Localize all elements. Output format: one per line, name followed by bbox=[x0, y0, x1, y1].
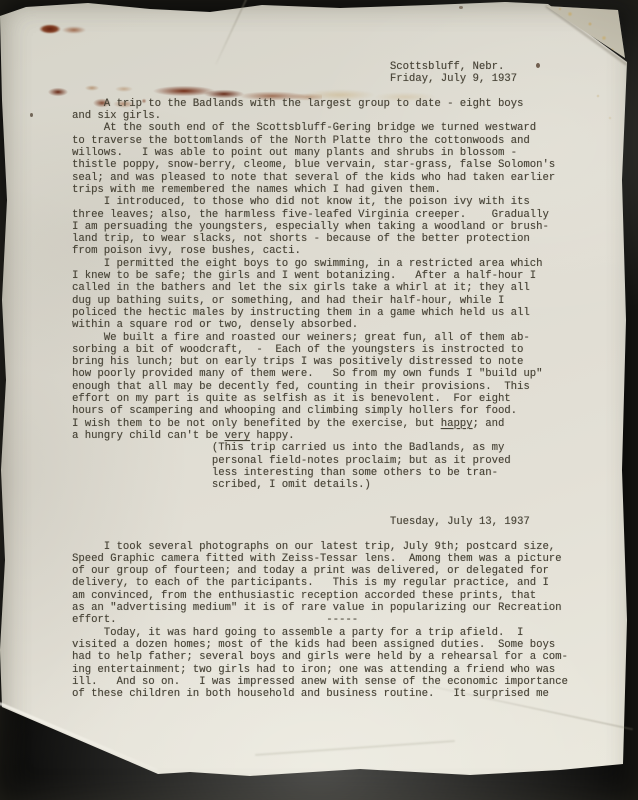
paper-speck bbox=[573, 9, 578, 13]
document-photo: { "colors": { "background": "#0a0a09", "… bbox=[0, 0, 638, 800]
typewritten-text: Scottsbluff, Nebr. Friday, July 9, 1937 … bbox=[72, 61, 568, 700]
